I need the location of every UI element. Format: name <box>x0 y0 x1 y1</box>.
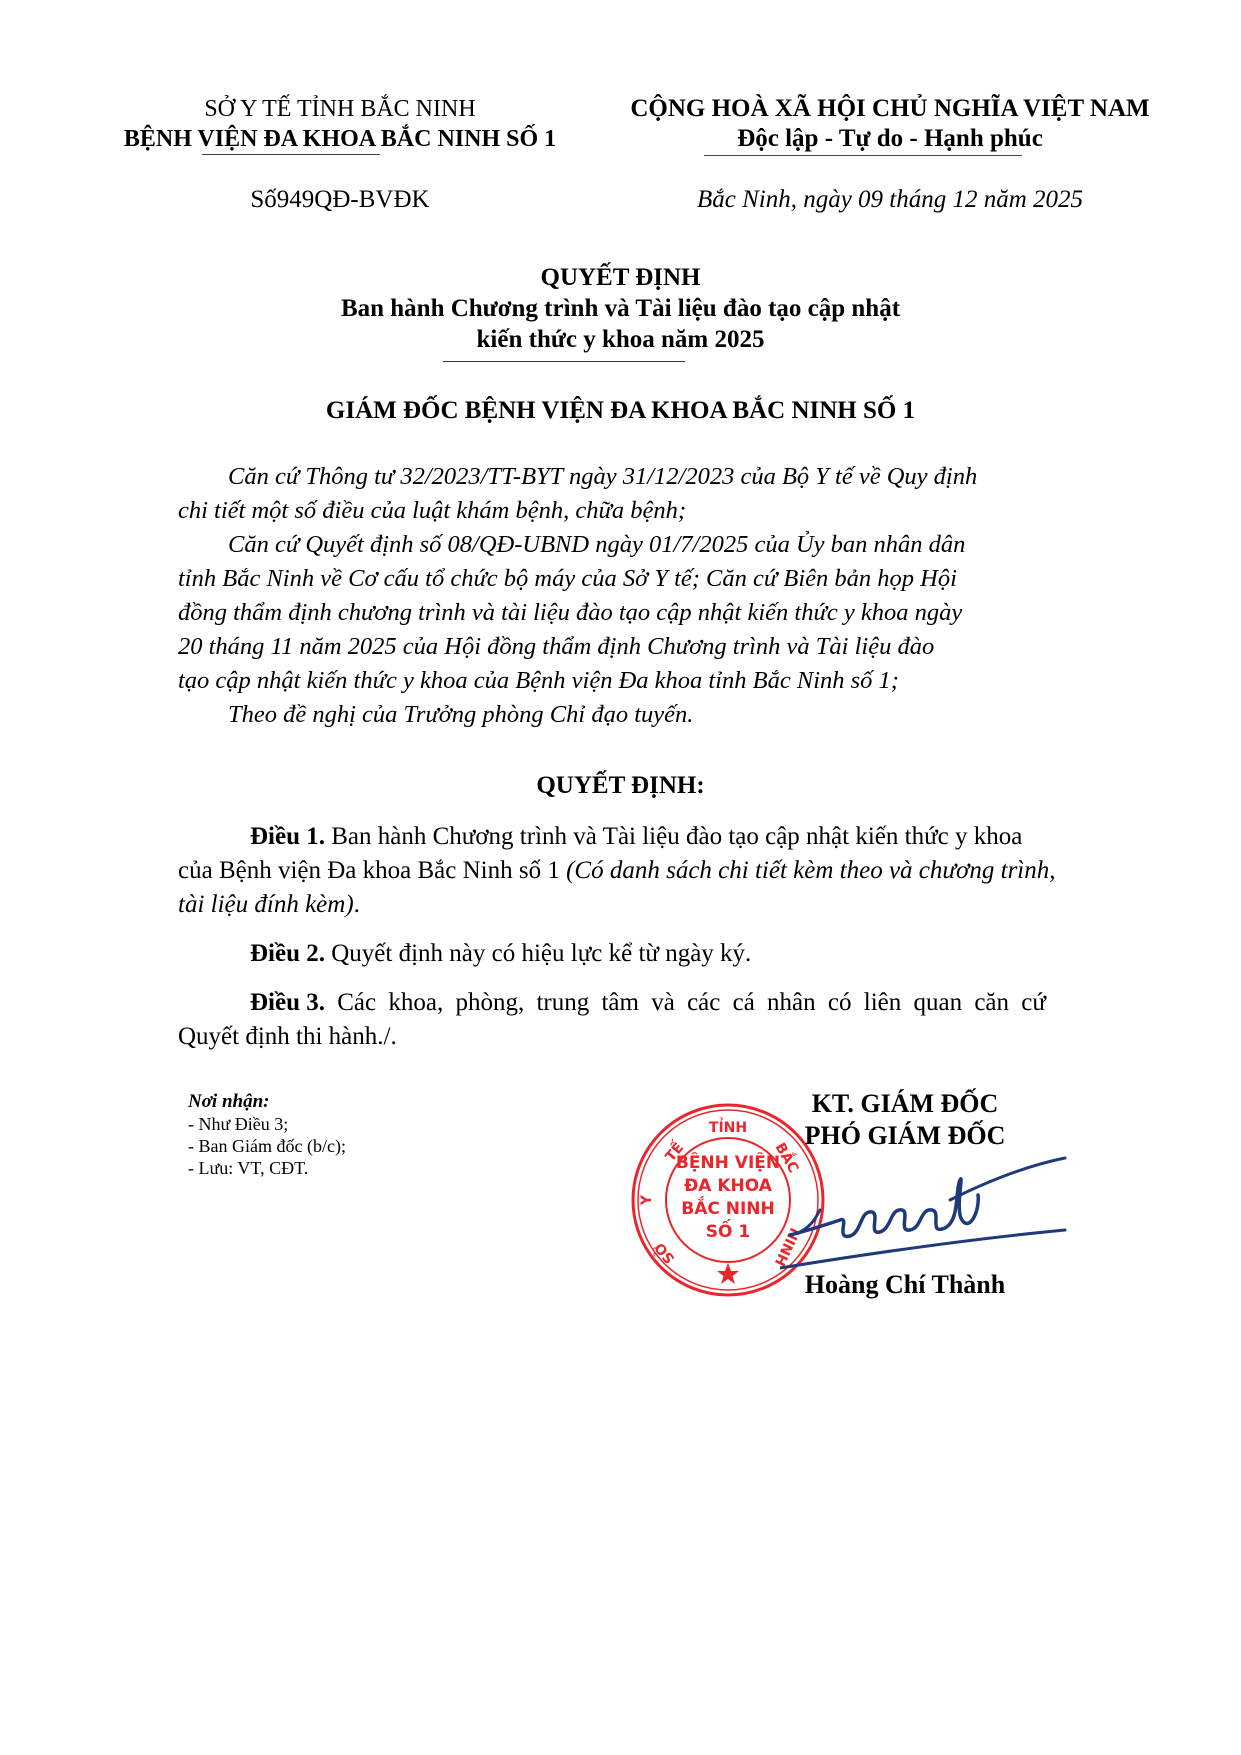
preamble-line: chi tiết một số điều của luật khám bệnh,… <box>178 494 686 528</box>
svg-text:SỞ: SỞ <box>649 1239 678 1268</box>
svg-text:ĐA KHOA: ĐA KHOA <box>684 1176 773 1196</box>
svg-text:BẮC NINH: BẮC NINH <box>681 1195 775 1219</box>
article-3-line-1: Điều 3. Các khoa, phòng, trung tâm và cá… <box>250 986 1120 1020</box>
svg-text:TỈNH: TỈNH <box>709 1117 747 1136</box>
decision-heading: QUYẾT ĐỊNH: <box>0 772 1241 800</box>
agency-parent: SỞ Y TẾ TỈNH BẮC NINH <box>80 94 600 124</box>
title-underline <box>443 361 685 362</box>
issuing-authority: GIÁM ĐỐC BỆNH VIỆN ĐA KHOA BẮC NINH SỐ 1 <box>0 397 1241 425</box>
svg-text:BỆNH VIỆN: BỆNH VIỆN <box>676 1151 780 1173</box>
preamble-line: Căn cứ Quyết định số 08/QĐ-UBND ngày 01/… <box>228 528 965 562</box>
recipients: Nơi nhận: - Như Điều 3; - Ban Giám đốc (… <box>188 1091 346 1179</box>
preamble-line: đồng thẩm định chương trình và tài liệu … <box>178 596 962 630</box>
article-1-line-2: của Bệnh viện Đa khoa Bắc Ninh số 1 (Có … <box>178 854 1056 888</box>
recipient-item: - Ban Giám đốc (b/c); <box>188 1135 346 1157</box>
national-motto: Độc lập - Tự do - Hạnh phúc <box>600 124 1180 154</box>
preamble-line: 20 tháng 11 năm 2025 của Hội đồng thẩm đ… <box>178 630 934 664</box>
document-title: QUYẾT ĐỊNH Ban hành Chương trình và Tài … <box>0 262 1241 355</box>
preamble-line: Theo đề nghị của Trưởng phòng Chỉ đạo tu… <box>228 698 693 732</box>
country-name: CỘNG HOÀ XÃ HỘI CHỦ NGHĨA VIỆT NAM <box>600 94 1180 124</box>
svg-text:Y: Y <box>639 1194 655 1206</box>
article-1-line-3: tài liệu đính kèm). <box>178 888 360 922</box>
article-2-label: Điều 2. <box>250 940 325 967</box>
issue-date: Bắc Ninh, ngày 09 tháng 12 năm 2025 <box>600 186 1180 214</box>
header-left: SỞ Y TẾ TỈNH BẮC NINH BỆNH VIỆN ĐA KHOA … <box>80 94 600 154</box>
agency-name: BỆNH VIỆN ĐA KHOA BẮC NINH SỐ 1 <box>80 124 600 154</box>
preamble-line: Căn cứ Thông tư 32/2023/TT-BYT ngày 31/1… <box>228 460 977 494</box>
motto-underline <box>704 155 1022 156</box>
recipient-item: - Lưu: VT, CĐT. <box>188 1157 346 1179</box>
title-heading: QUYẾT ĐỊNH <box>0 262 1241 293</box>
article-3-line-2: Quyết định thi hành./. <box>178 1020 397 1054</box>
signature-line-1: KT. GIÁM ĐỐC <box>760 1088 1050 1120</box>
document-number: Số949QĐ-BVĐK <box>80 186 600 214</box>
article-3-label: Điều 3. <box>250 989 325 1016</box>
recipients-title: Nơi nhận: <box>188 1091 346 1113</box>
svg-text:SỐ 1: SỐ 1 <box>706 1218 750 1242</box>
article-2: Điều 2. Quyết định này có hiệu lực kể từ… <box>250 937 751 971</box>
preamble-line: tạo cập nhật kiến thức y khoa của Bệnh v… <box>178 664 899 698</box>
agency-underline <box>202 154 380 155</box>
header-right: CỘNG HOÀ XÃ HỘI CHỦ NGHĨA VIỆT NAM Độc l… <box>600 94 1180 154</box>
article-1-line-1: Điều 1. Ban hành Chương trình và Tài liệ… <box>250 820 1022 854</box>
preamble-line: tỉnh Bắc Ninh về Cơ cấu tổ chức bộ máy c… <box>178 562 957 596</box>
article-1-label: Điều 1. <box>250 823 325 850</box>
title-subject-line-2: kiến thức y khoa năm 2025 <box>0 324 1241 355</box>
title-subject-line-1: Ban hành Chương trình và Tài liệu đào tạ… <box>0 293 1241 324</box>
handwritten-signature-icon <box>780 1140 1070 1280</box>
recipient-item: - Như Điều 3; <box>188 1113 346 1135</box>
signer-name: Hoàng Chí Thành <box>760 1270 1050 1300</box>
